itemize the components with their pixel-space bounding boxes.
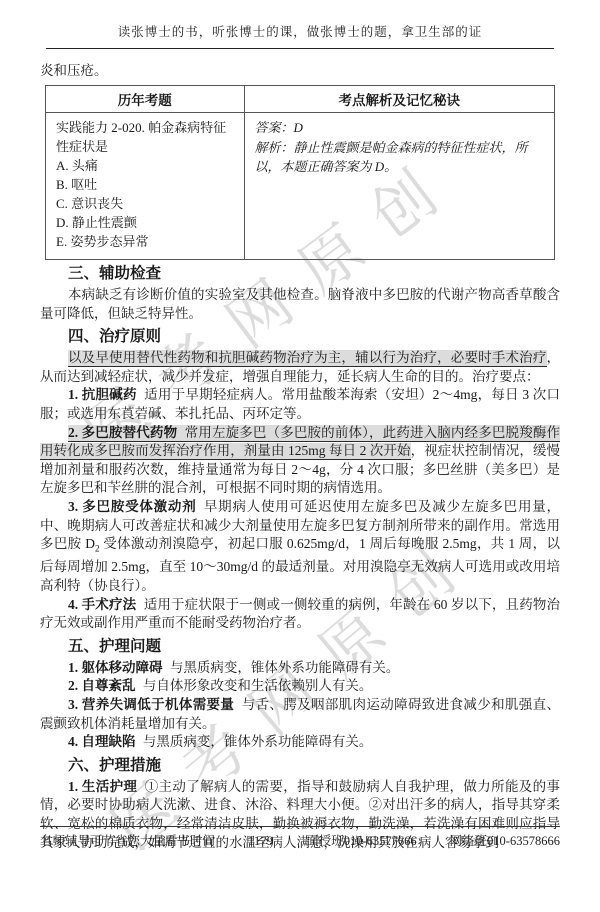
column-header-analysis: 考点解析及记忆秘诀 (244, 86, 555, 113)
page-number: 1179 (248, 833, 274, 849)
item-title: 3. 营养失调低于机体需要量 (68, 697, 242, 712)
paragraph-treatment-intro: 以及早使用替代性药物和抗胆碱药物治疗为主，辅以行为治疗，必要时手术治疗，从而达到… (40, 349, 560, 386)
treatment-item-surgery: 4. 手术疗法适用于症状限于一侧或一侧较重的病例，年龄在 60 岁以下，且药物治… (40, 596, 560, 633)
item-text: 受体激动剂溴隐亭，初起口服 0.625mg/d，1 周后每晚服 2.5mg，共 … (40, 536, 560, 593)
footer-phone-onsite: 面授班010-63577666 (306, 831, 416, 849)
continuation-text: 炎和压疮。 (40, 61, 560, 80)
exam-question-table: 历年考题 考点解析及记忆秘诀 实践能力 2-020. 帕金森病特征性症状是 A.… (45, 85, 555, 260)
nursing-problem-item: 3. 营养失调低于机体需要量与舌、腭及咽部肌肉运动障碍致进食减少和肌强直、震颤致… (40, 696, 560, 733)
item-title: 4. 自理缺陷 (68, 734, 143, 749)
section-heading-auxiliary-examination: 三、辅助检查 (40, 264, 560, 284)
option-e: E. 姿势步态异常 (56, 232, 236, 251)
item-title: 1. 抗胆碱药 (68, 387, 144, 402)
treatment-item-anticholinergic: 1. 抗胆碱药适用于早期轻症病人。常用盐酸苯海索（安坦）2～4mg，每日 3 次… (40, 386, 560, 423)
page-footer: 名师辅导可节省您大量看书时间 1179 面授班010-63577666 网络班0… (40, 826, 560, 849)
option-d: D. 静止性震颤 (56, 213, 236, 232)
item-title: 4. 手术疗法 (68, 597, 144, 612)
item-title-highlighted: 2. 多巴胺替代药物 (68, 425, 185, 442)
treatment-item-dopamine-agonist: 3. 多巴胺受体激动剂早期病人使用可延迟使用左旋多巴及减少左旋多巴用量，中、晚期… (40, 498, 560, 596)
item-title: 1. 躯体移动障碍 (68, 660, 170, 675)
item-text: 与黑质病变，锥体外系功能障碍有关。 (143, 734, 373, 749)
column-header-past-questions: 历年考题 (46, 86, 245, 113)
nursing-problem-item: 1. 躯体移动障碍与黑质病变，锥体外系功能障碍有关。 (40, 659, 560, 678)
table-header-row: 历年考题 考点解析及记忆秘诀 (46, 86, 555, 113)
item-title: 2. 自尊紊乱 (68, 678, 143, 693)
item-title: 1. 生活护理 (68, 779, 145, 794)
page-content: 读张博士的书，听张博士的课，做张博士的题，拿卫生部的证 炎和压疮。 历年考题 考… (0, 0, 600, 852)
section-heading-treatment-principles: 四、治疗原则 (40, 327, 560, 347)
option-a: A. 头痛 (56, 156, 236, 175)
section-heading-nursing-problems: 五、护理问题 (40, 637, 560, 657)
paragraph-auxiliary-examination: 本病缺乏有诊断价值的实验室及其他检查。脑脊液中多巴胺的代谢产物高香草酸含量可降低… (40, 286, 560, 323)
nursing-problem-item: 2. 自尊紊乱与自体形象改变和生活依赖别人有关。 (40, 677, 560, 696)
option-b: B. 呕吐 (56, 175, 236, 194)
document-page: 医考网原创 医考网原创 读张博士的书，听张博士的课，做张博士的题，拿卫生部的证 … (0, 0, 600, 912)
header-slogan: 读张博士的书，听张博士的课，做张博士的题，拿卫生部的证 (40, 24, 560, 41)
question-cell: 实践能力 2-020. 帕金森病特征性症状是 A. 头痛 B. 呕吐 C. 意识… (46, 113, 245, 260)
treatment-item-dopamine-replacement: 2. 多巴胺替代药物常用左旋多巴（多巴胺的前体），此药进入脑内经多巴脱羧酶作用转… (40, 424, 560, 498)
analysis-text: 解析：静止性震颤是帕金森病的特征性症状，所以，本题正确答案为 D。 (255, 138, 547, 176)
footer-tagline: 名师辅导可节省您大量看书时间 (40, 831, 215, 849)
nursing-problem-item: 4. 自理缺陷与黑质病变，锥体外系功能障碍有关。 (40, 733, 560, 752)
header-divider (46, 48, 554, 49)
answer-cell: 答案：D 解析：静止性震颤是帕金森病的特征性症状，所以，本题正确答案为 D。 (244, 113, 555, 260)
answer-line: 答案：D (255, 118, 547, 137)
section-heading-nursing-measures: 六、护理措施 (40, 756, 560, 776)
item-title: 3. 多巴胺受体激动剂 (68, 499, 204, 514)
question-stem: 实践能力 2-020. 帕金森病特征性症状是 (56, 118, 236, 156)
footer-phone-online: 网络班010-63578666 (450, 831, 560, 849)
item-text: 与黑质病变，锥体外系功能障碍有关。 (170, 660, 400, 675)
table-body-row: 实践能力 2-020. 帕金森病特征性症状是 A. 头痛 B. 呕吐 C. 意识… (46, 113, 555, 260)
item-text: 与自体形象改变和生活依赖别人有关。 (143, 678, 373, 693)
highlighted-text: 以及早使用替代性药物和抗胆碱药物治疗为主，辅以行为治疗，必要时手术治疗 (68, 350, 547, 367)
option-c: C. 意识丧失 (56, 194, 236, 213)
